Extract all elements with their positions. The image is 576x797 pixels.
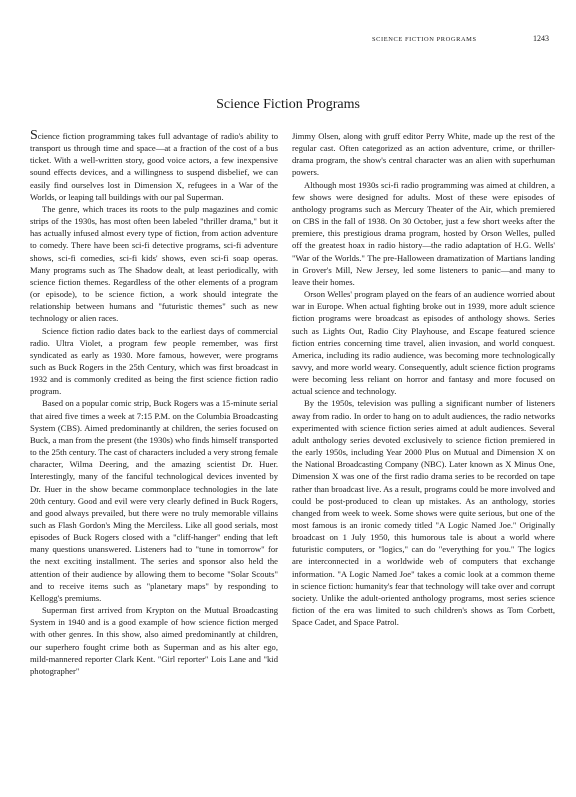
article-title: Science Fiction Programs — [0, 97, 576, 113]
page-number: 1243 — [533, 34, 549, 43]
paragraph: Jimmy Olsen, along with gruff editor Per… — [292, 130, 555, 179]
paragraph: Although most 1930s sci-fi radio program… — [292, 179, 555, 288]
paragraph: Orson Welles' program played on the fear… — [292, 288, 555, 397]
paragraph: By the 1950s, television was pulling a s… — [292, 397, 555, 628]
paragraph: Based on a popular comic strip, Buck Rog… — [30, 397, 278, 604]
paragraph: Superman first arrived from Krypton on t… — [30, 604, 278, 677]
paragraph: Science fiction radio dates back to the … — [30, 325, 278, 398]
drop-cap: S — [30, 128, 38, 143]
paragraph: Science fiction programming takes full a… — [30, 130, 278, 203]
left-column: Science fiction programming takes full a… — [30, 130, 278, 677]
running-head: SCIENCE FICTION PROGRAMS — [372, 36, 477, 43]
paragraph: The genre, which traces its roots to the… — [30, 203, 278, 325]
right-column: Jimmy Olsen, along with gruff editor Per… — [292, 130, 555, 628]
